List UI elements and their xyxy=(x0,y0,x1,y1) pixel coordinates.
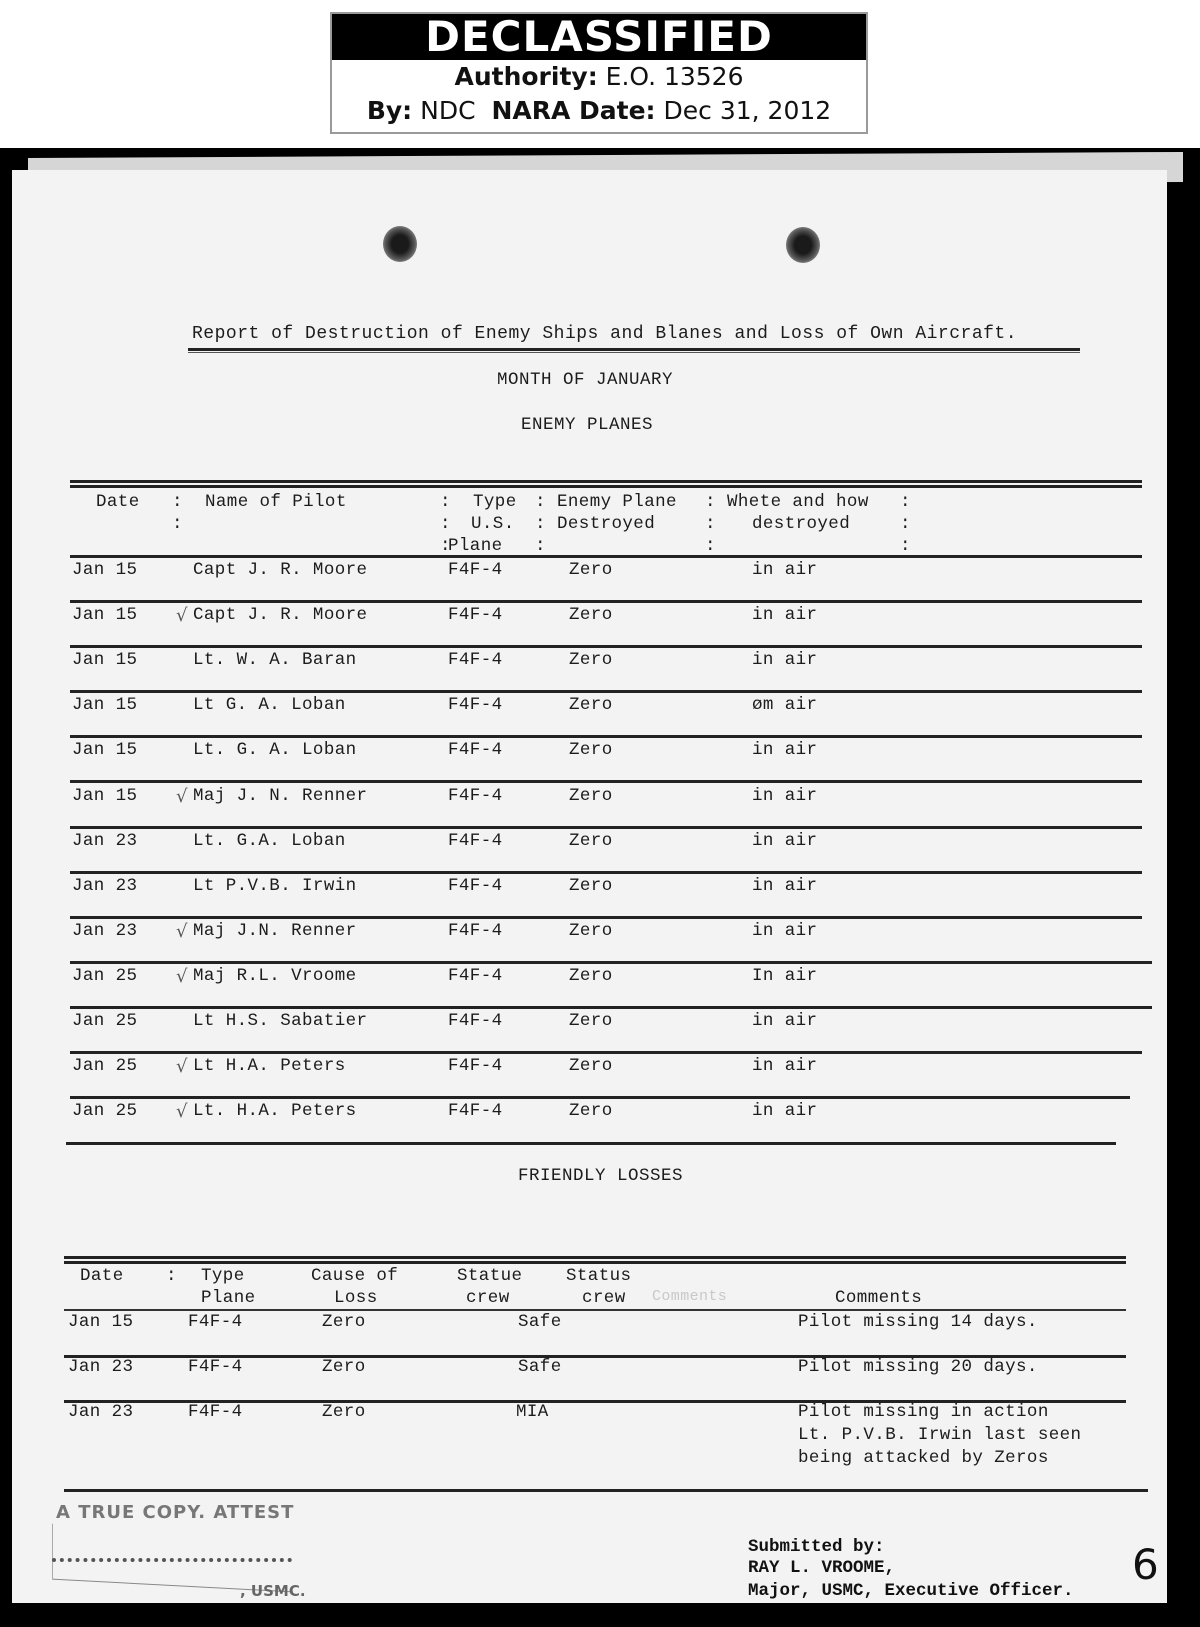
row-date: Jan 23 xyxy=(72,921,137,941)
row-where: in air xyxy=(752,650,817,670)
row-enemy: Zero xyxy=(569,786,613,806)
row-pilot: Lt P.V.B. Irwin xyxy=(193,876,357,896)
row-comment: Pilot missing 20 days. xyxy=(798,1357,1038,1377)
row-enemy: Zero xyxy=(569,560,613,580)
row-pilot: Lt G. A. Loban xyxy=(193,695,346,715)
row-pilot: Capt J. R. Moore xyxy=(193,560,367,580)
row-pilot: Lt. G. A. Loban xyxy=(193,740,357,760)
row-type: F4F-4 xyxy=(448,1011,503,1031)
row-cause: Zero xyxy=(322,1357,366,1377)
enemy-table-top-rule xyxy=(70,480,1142,483)
row-comment: Pilot missing in action xyxy=(798,1402,1049,1422)
row-type: F4F-4 xyxy=(448,831,503,851)
row-enemy: Zero xyxy=(569,1101,613,1121)
header-type-2: Plane xyxy=(201,1288,256,1308)
row-type: F4F-4 xyxy=(448,650,503,670)
header-pilot: Name of Pilot xyxy=(205,492,347,512)
header-cause-1: Cause of xyxy=(311,1266,398,1286)
row-date: Jan 15 xyxy=(72,740,137,760)
row-where: in air xyxy=(752,1056,817,1076)
row-enemy: Zero xyxy=(569,740,613,760)
checkmark-icon: √ xyxy=(176,1101,187,1122)
header-date: Date xyxy=(80,1266,124,1286)
stamp-authority: Authority: E.O. 13526 xyxy=(332,60,866,94)
row-type: F4F-4 xyxy=(448,695,503,715)
header-status1-1: Statue xyxy=(457,1266,522,1286)
row-where: in air xyxy=(752,921,817,941)
row-date: Jan 15 xyxy=(72,695,137,715)
row-enemy: Zero xyxy=(569,695,613,715)
row-date: Jan 23 xyxy=(72,831,137,851)
row-status: Safe xyxy=(518,1357,562,1377)
checkmark-icon: √ xyxy=(176,786,187,807)
authority-value: E.O. 13526 xyxy=(606,62,744,91)
month-heading: MONTH OF JANUARY xyxy=(497,370,673,390)
row-pilot: Lt H.A. Peters xyxy=(193,1056,346,1076)
row-pilot: Maj J. N. Renner xyxy=(193,786,367,806)
row-date: Jan 15 xyxy=(72,786,137,806)
punch-hole-right-icon xyxy=(786,227,820,263)
header-comments: Comments xyxy=(835,1288,922,1308)
friendly-table-bottom-rule xyxy=(64,1489,1148,1492)
header-status1-2: crew xyxy=(466,1288,510,1308)
row-cause: Zero xyxy=(322,1402,366,1422)
title-underline xyxy=(188,348,1080,351)
row-type: F4F-4 xyxy=(448,1056,503,1076)
row-comment: being attacked by Zeros xyxy=(798,1448,1049,1468)
signer-name: RAY L. VROOME, xyxy=(748,1558,895,1578)
row-pilot: Maj J.N. Renner xyxy=(193,921,357,941)
row-date: Jan 15 xyxy=(72,560,137,580)
by-value: NDC xyxy=(420,96,475,125)
row-where: in air xyxy=(752,560,817,580)
by-label: By: xyxy=(367,96,412,125)
row-pilot: Lt H.S. Sabatier xyxy=(193,1011,367,1031)
row-type: F4F-4 xyxy=(448,921,503,941)
row-date: Jan 23 xyxy=(68,1357,133,1377)
enemy-table-bottom-rule xyxy=(66,1142,1116,1145)
submitted-by-label: Submitted by: xyxy=(748,1537,885,1557)
row-comment: Lt. P.V.B. Irwin last seen xyxy=(798,1425,1081,1445)
nara-value: Dec 31, 2012 xyxy=(664,96,832,125)
row-cause: Zero xyxy=(322,1312,366,1332)
header-status2-1: Status xyxy=(566,1266,631,1286)
row-rule xyxy=(70,555,1142,558)
document-title: Report of Destruction of Enemy Ships and… xyxy=(192,324,1017,344)
friendly-table-top-rule xyxy=(64,1256,1126,1259)
header-where-1: Whete and how xyxy=(727,492,869,512)
row-date: Jan 25 xyxy=(72,1101,137,1121)
enemy-section-heading: ENEMY PLANES xyxy=(521,415,653,435)
row-where: in air xyxy=(752,876,817,896)
row-where: in air xyxy=(752,605,817,625)
row-where: in air xyxy=(752,740,817,760)
row-pilot: Lt. G.A. Loban xyxy=(193,831,346,851)
row-enemy: Zero xyxy=(569,1011,613,1031)
row-enemy: Zero xyxy=(569,605,613,625)
row-enemy: Zero xyxy=(569,966,613,986)
row-type: F4F-4 xyxy=(448,560,503,580)
header-enemy-2: Destroyed xyxy=(557,514,655,534)
row-pilot: Maj R.L. Vroome xyxy=(193,966,357,986)
row-type: F4F-4 xyxy=(448,1101,503,1121)
row-date: Jan 25 xyxy=(72,1056,137,1076)
row-date: Jan 23 xyxy=(72,876,137,896)
stamp-heading: DECLASSIFIED xyxy=(332,14,866,60)
row-date: Jan 25 xyxy=(72,1011,137,1031)
header-type-3: Plane xyxy=(448,536,503,556)
checkmark-icon: √ xyxy=(176,966,187,987)
row-pilot: Lt. H.A. Peters xyxy=(193,1101,357,1121)
row-where: In air xyxy=(752,966,817,986)
row-type: F4F-4 xyxy=(188,1402,243,1422)
header-type-1: Type xyxy=(473,492,517,512)
page-number: 6 xyxy=(1132,1540,1159,1589)
checkmark-icon: √ xyxy=(176,605,187,626)
punch-hole-left-icon xyxy=(383,226,417,262)
attest-signature-line xyxy=(52,1558,292,1567)
row-enemy: Zero xyxy=(569,876,613,896)
friendly-section-heading: FRIENDLY LOSSES xyxy=(518,1166,683,1186)
row-type: F4F-4 xyxy=(188,1357,243,1377)
row-pilot: Capt J. R. Moore xyxy=(193,605,367,625)
header-struck-comments: Comments xyxy=(652,1288,727,1305)
row-date: Jan 15 xyxy=(72,650,137,670)
row-date: Jan 25 xyxy=(72,966,137,986)
row-where: in air xyxy=(752,1101,817,1121)
declassified-stamp: DECLASSIFIED Authority: E.O. 13526 By: N… xyxy=(330,12,868,134)
row-where: in air xyxy=(752,786,817,806)
stamp-by-line: By: NDC NARA Date: Dec 31, 2012 xyxy=(332,94,866,128)
row-where: in air xyxy=(752,1011,817,1031)
title-underline-2 xyxy=(188,352,1080,353)
row-enemy: Zero xyxy=(569,1056,613,1076)
row-type: F4F-4 xyxy=(448,876,503,896)
header-enemy-1: Enemy Plane xyxy=(557,492,677,512)
row-date: Jan 15 xyxy=(72,605,137,625)
header-type-2: U.S. xyxy=(471,514,515,534)
row-type: F4F-4 xyxy=(448,605,503,625)
row-where: in air xyxy=(752,831,817,851)
row-type: F4F-4 xyxy=(448,966,503,986)
row-type: F4F-4 xyxy=(448,740,503,760)
authority-label: Authority: xyxy=(454,62,597,91)
row-type: F4F-4 xyxy=(188,1312,243,1332)
checkmark-icon: √ xyxy=(176,1056,187,1077)
row-enemy: Zero xyxy=(569,650,613,670)
row-date: Jan 23 xyxy=(68,1402,133,1422)
checkmark-icon: √ xyxy=(176,921,187,942)
row-date: Jan 15 xyxy=(68,1312,133,1332)
row-enemy: Zero xyxy=(569,831,613,851)
true-copy-stamp: A TRUE COPY. ATTEST xyxy=(56,1502,294,1523)
header-status2-2: crew xyxy=(582,1288,626,1308)
signer-title: Major, USMC, Executive Officer. xyxy=(748,1581,1074,1601)
attest-usmc: , USMC. xyxy=(240,1582,306,1600)
row-enemy: Zero xyxy=(569,921,613,941)
header-cause-2: Loss xyxy=(334,1288,378,1308)
header-date: Date xyxy=(96,492,140,512)
row-type: F4F-4 xyxy=(448,786,503,806)
header-where-2: destroyed xyxy=(752,514,850,534)
header-type-1: Type xyxy=(201,1266,245,1286)
row-where: øm air xyxy=(752,695,817,715)
row-pilot: Lt. W. A. Baran xyxy=(193,650,357,670)
nara-label: NARA Date: xyxy=(491,96,655,125)
row-comment: Pilot missing 14 days. xyxy=(798,1312,1038,1332)
row-status: MIA xyxy=(516,1402,549,1422)
row-status: Safe xyxy=(518,1312,562,1332)
